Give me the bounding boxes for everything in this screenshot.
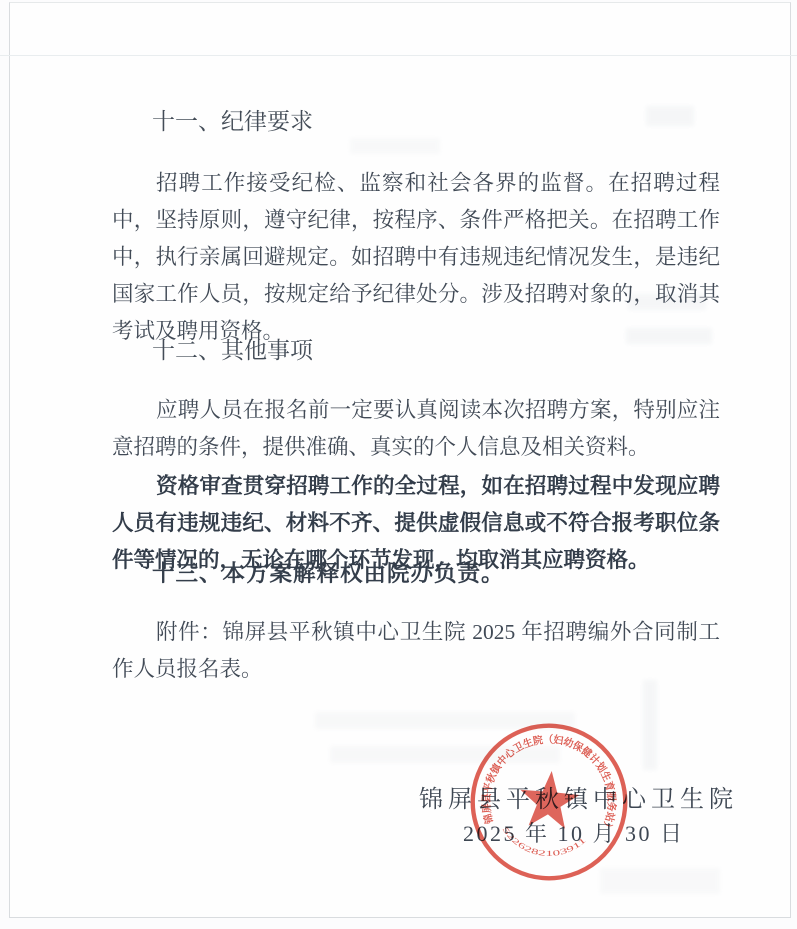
scanned-document: 十一、纪律要求 招聘工作接受纪检、监察和社会各界的监督。在招聘过程中，坚持原则，…: [0, 0, 797, 929]
svg-text:5226282103911: 5226282103911: [498, 824, 588, 861]
seal-star-icon: [517, 768, 581, 829]
section-heading-other: 十二、其他事项: [152, 332, 313, 365]
section-heading-interpretation: 十三、本方案解释权由院办负责。: [152, 556, 505, 588]
scan-artifact-line: [0, 55, 797, 56]
official-seal: 锦屏县平秋镇中心卫生院（妇幼保健计划生育服务站） 5226282103911: [459, 712, 639, 892]
section-heading-discipline: 十一、纪律要求: [152, 103, 313, 136]
paragraph-discipline: 招聘工作接受纪检、监察和社会各界的监督。在招聘过程中，坚持原则，遵守纪律，按程序…: [112, 165, 720, 350]
paragraph-attachment: 附件：锦屏县平秋镇中心卫生院 2025 年招聘编外合同制工作人员报名表。: [112, 614, 720, 688]
seal-code: 5226282103911: [498, 824, 588, 861]
paragraph-other: 应聘人员在报名前一定要认真阅读本次招聘方案，特别应注意招聘的条件，提供准确、真实…: [112, 392, 720, 466]
